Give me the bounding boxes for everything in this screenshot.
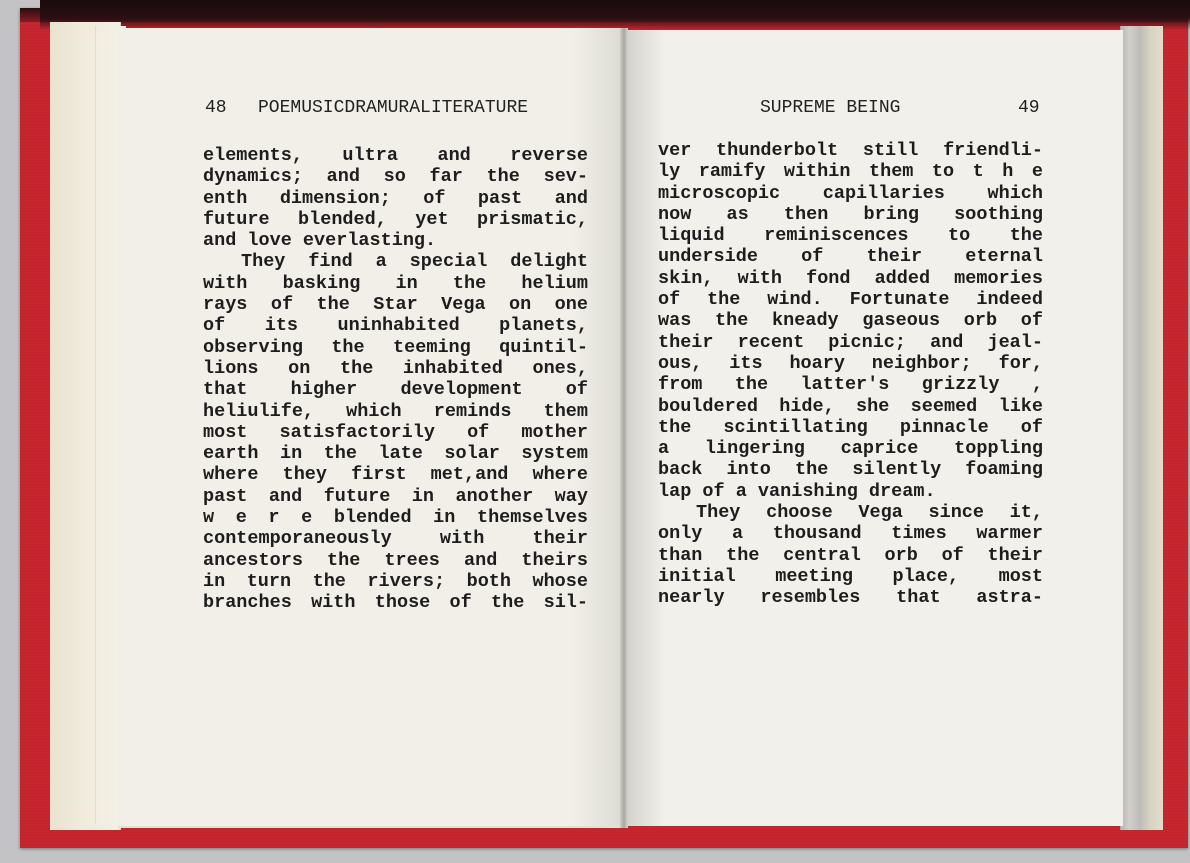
text-line: They find a special delight bbox=[203, 251, 588, 272]
text-line: skin, with fond added memories bbox=[658, 268, 1043, 289]
right-page-stack bbox=[1120, 26, 1163, 830]
text-line: of the wind. Fortunate indeed bbox=[658, 289, 1043, 310]
text-line: nearly resembles that astra- bbox=[658, 587, 1043, 608]
text-line: ancestors the trees and theirs bbox=[203, 550, 588, 571]
text-line: ver thunderbolt still friendli- bbox=[658, 140, 1043, 161]
text-line: ous, its hoary neighbor; for, bbox=[658, 353, 1043, 374]
text-line: past and future in another way bbox=[203, 486, 588, 507]
text-line: only a thousand times warmer bbox=[658, 523, 1043, 544]
text-line: observing the teeming quintil- bbox=[203, 337, 588, 358]
book-gutter bbox=[620, 28, 628, 828]
text-line: that higher development of bbox=[203, 379, 588, 400]
text-line: underside of their eternal bbox=[658, 246, 1043, 267]
text-line: liquid reminiscences to the bbox=[658, 225, 1043, 246]
text-line: future blended, yet prismatic, bbox=[203, 209, 588, 230]
text-line: bouldered hide, she seemed like bbox=[658, 396, 1043, 417]
text-line: with basking in the helium bbox=[203, 273, 588, 294]
top-shadow bbox=[40, 0, 1190, 30]
text-line: lap of a vanishing dream. bbox=[658, 481, 1043, 502]
text-line: in turn the rivers; both whose bbox=[203, 571, 588, 592]
text-line: was the kneady gaseous orb of bbox=[658, 310, 1043, 331]
text-line: than the central orb of their bbox=[658, 545, 1043, 566]
text-line: their recent picnic; and jeal- bbox=[658, 332, 1043, 353]
text-line: rays of the Star Vega on one bbox=[203, 294, 588, 315]
text-line: They choose Vega since it, bbox=[658, 502, 1043, 523]
text-line: and love everlasting. bbox=[203, 230, 588, 251]
text-line: a lingering caprice toppling bbox=[658, 438, 1043, 459]
text-line: now as then bring soothing bbox=[658, 204, 1043, 225]
left-running-head: POEMUSICDRAMURALITERATURE bbox=[258, 98, 528, 118]
text-line: where they first met,and where bbox=[203, 464, 588, 485]
text-line: elements, ultra and reverse bbox=[203, 145, 588, 166]
text-line: initial meeting place, most bbox=[658, 566, 1043, 587]
right-page-body: ver thunderbolt still friendli-ly ramify… bbox=[658, 140, 1043, 609]
text-line: ly ramify within them to t h e bbox=[658, 161, 1043, 182]
text-line: lions on the inhabited ones, bbox=[203, 358, 588, 379]
text-line: enth dimension; of past and bbox=[203, 188, 588, 209]
text-line: from the latter's grizzly , bbox=[658, 374, 1043, 395]
text-line: contemporaneously with their bbox=[203, 528, 588, 549]
left-page-number: 48 bbox=[205, 98, 227, 118]
text-line: heliulife, which reminds them bbox=[203, 401, 588, 422]
text-line: earth in the late solar system bbox=[203, 443, 588, 464]
text-line: most satisfactorily of mother bbox=[203, 422, 588, 443]
right-page-number: 49 bbox=[1018, 98, 1040, 118]
right-running-head: SUPREME BEING bbox=[760, 98, 900, 118]
left-page-body: elements, ultra and reversedynamics; and… bbox=[203, 145, 588, 614]
text-line: dynamics; and so far the sev- bbox=[203, 166, 588, 187]
text-line: w e r e blended in themselves bbox=[203, 507, 588, 528]
text-line: back into the silently foaming bbox=[658, 459, 1043, 480]
text-line: of its uninhabited planets, bbox=[203, 315, 588, 336]
text-line: microscopic capillaries which bbox=[658, 183, 1043, 204]
text-line: branches with those of the sil- bbox=[203, 592, 588, 613]
text-line: the scintillating pinnacle of bbox=[658, 417, 1043, 438]
